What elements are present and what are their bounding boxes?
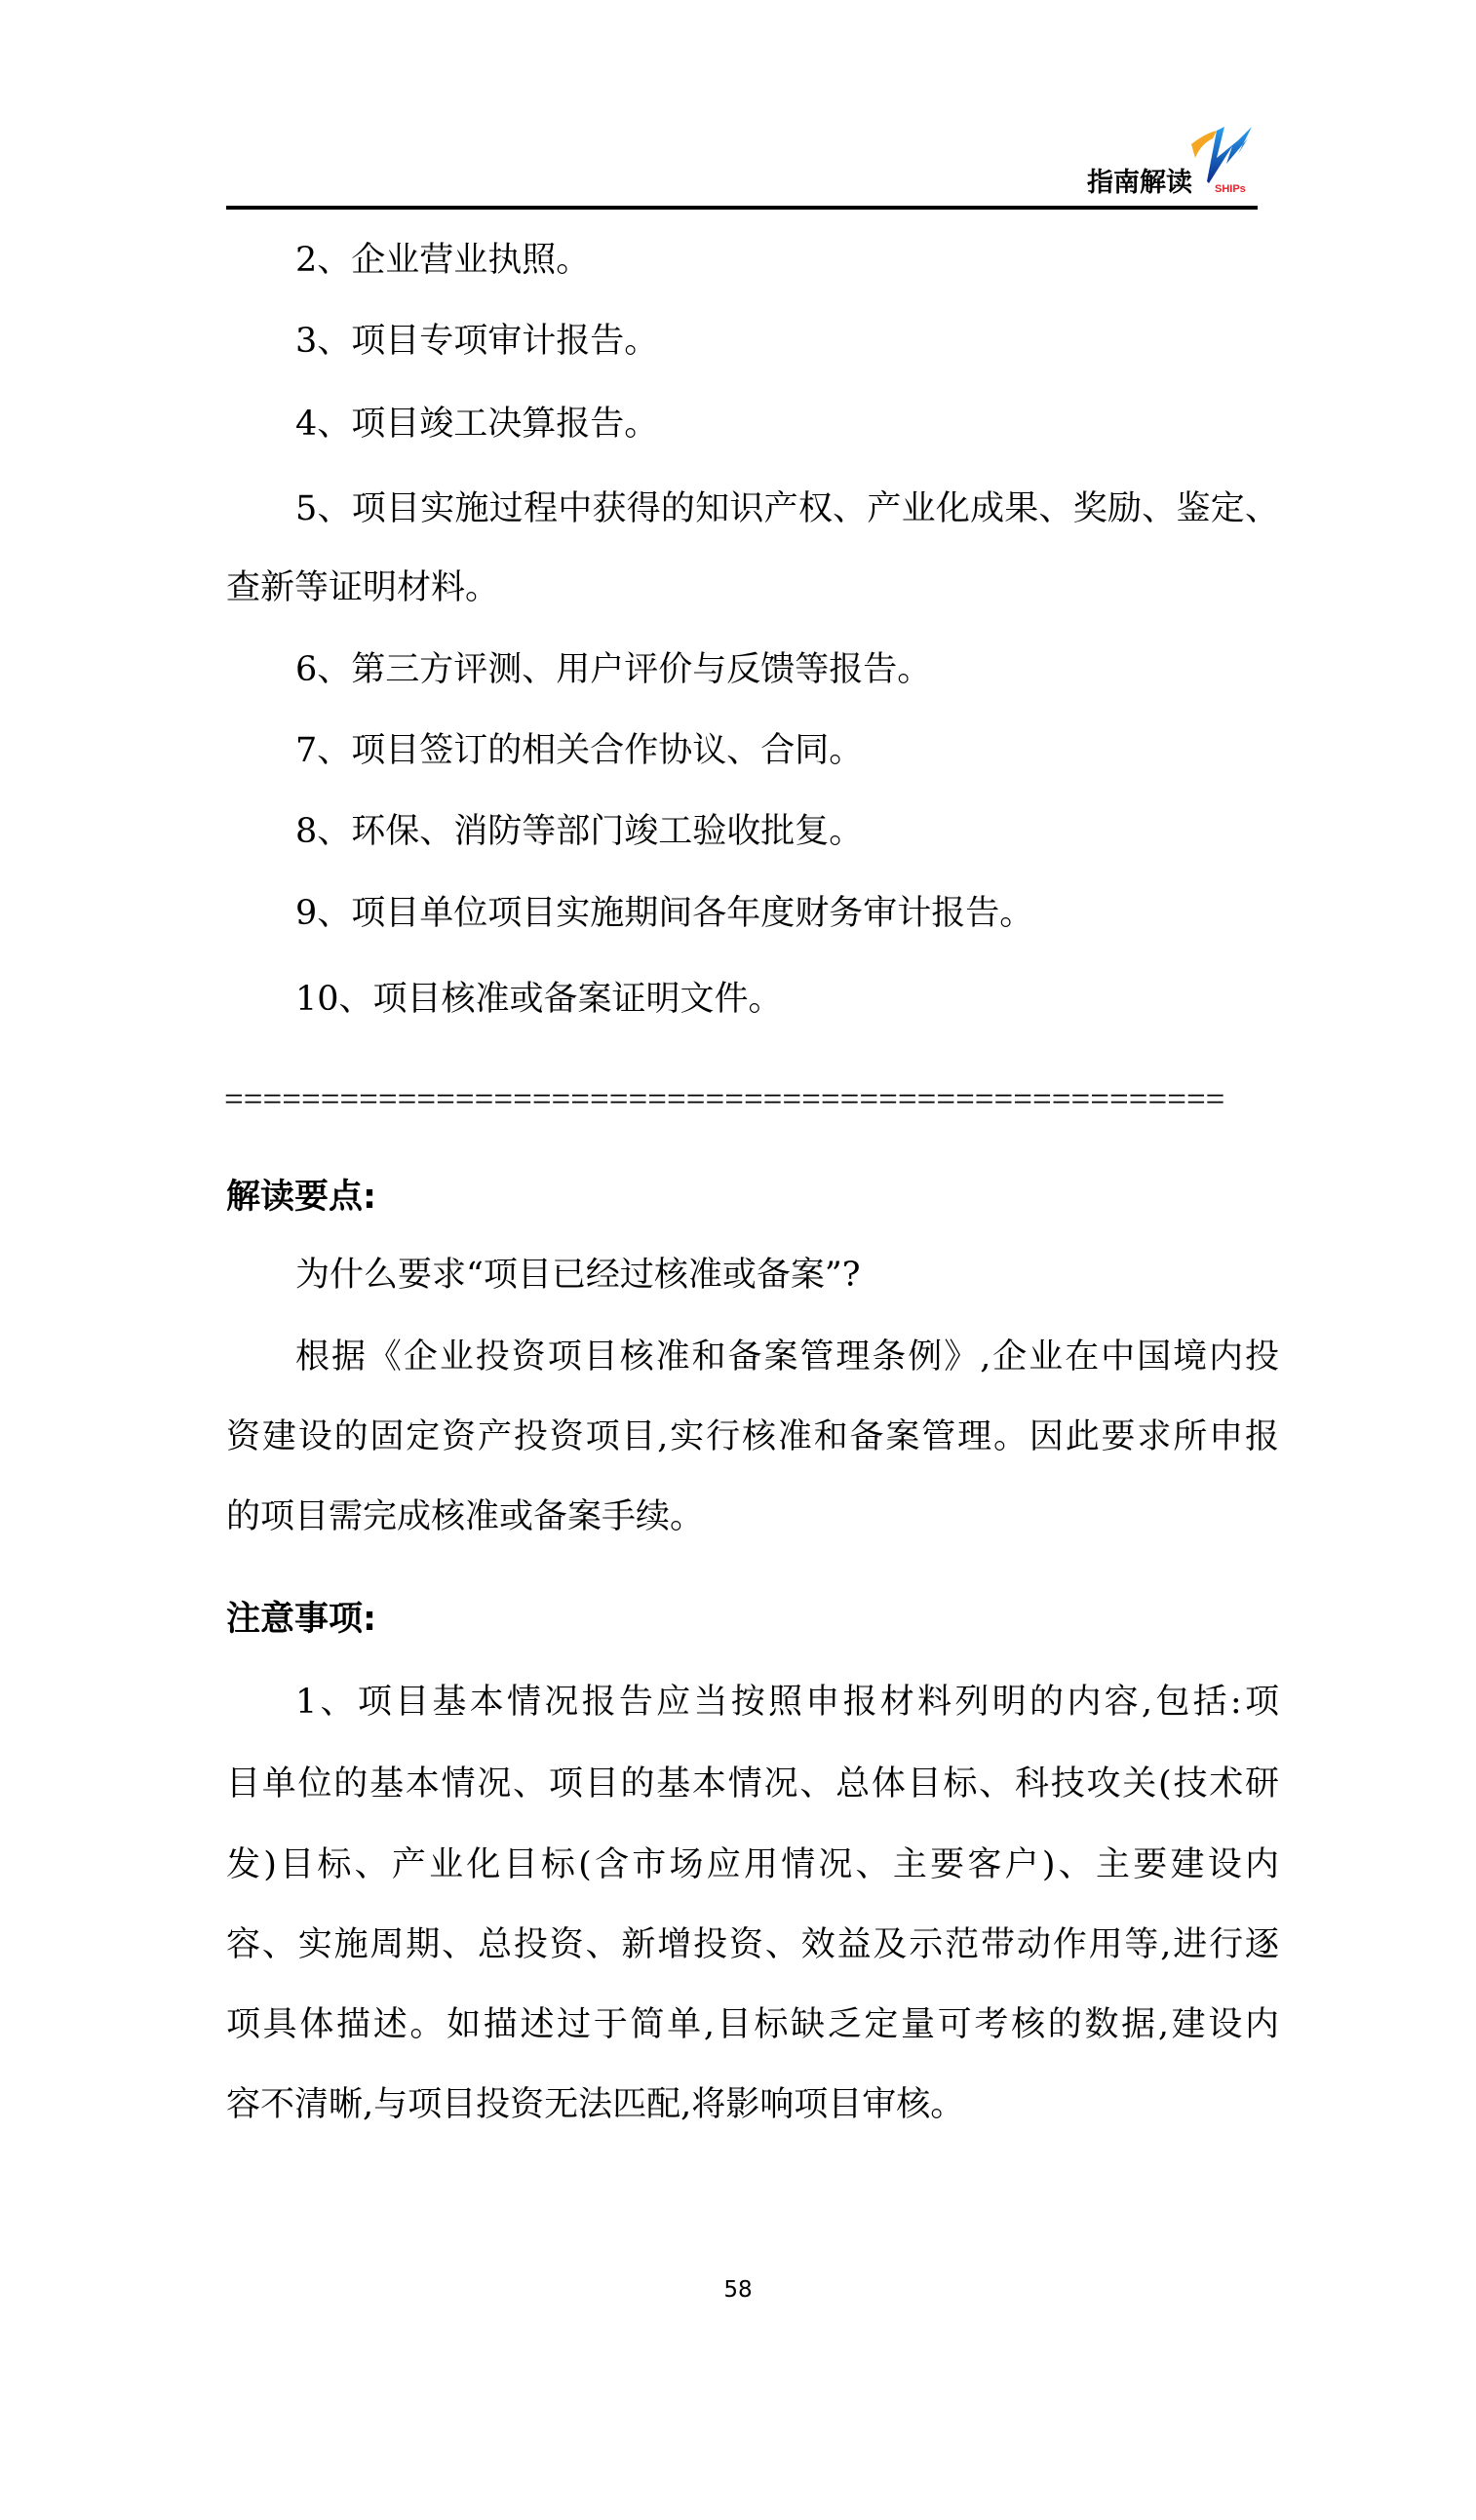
- logo-text: SHIPs: [1215, 183, 1246, 195]
- list-item-8: 8、环保、消防等部门竣工验收批复。: [295, 807, 1279, 856]
- list-item-2: 2、企业营业执照。: [295, 236, 1279, 285]
- list-item-10: 10、项目核准或备案证明文件。: [295, 975, 1279, 1024]
- ships-logo: SHIPs: [1187, 125, 1258, 201]
- notes-item1-line-3: 发)目标、产业化目标(含市场应用情况、主要客户)、主要建设内: [226, 1841, 1279, 1889]
- list-item-9: 9、项目单位项目实施期间各年度财务审计报告。: [295, 889, 1279, 938]
- notes-item1-line-1: 1、项目基本情况报告应当按照申报材料列明的内容,包括:项: [295, 1678, 1279, 1726]
- list-item-5: 5、项目实施过程中获得的知识产权、产业化成果、奖励、鉴定、: [295, 485, 1279, 533]
- document-page: 指南解读 SHIPs 2、企业营业执照。 3、项目专项审计报告。 4、项目竣工决…: [0, 0, 1476, 2520]
- list-item-5-continued: 查新等证明材料。: [226, 563, 1279, 612]
- page-number: 58: [689, 2272, 787, 2307]
- section-separator: ========================================…: [224, 1075, 1243, 1124]
- notes-item1-line-6: 容不清晰,与项目投资无法匹配,将影响项目审核。: [226, 2080, 1279, 2129]
- notes-item1-line-5: 项具体描述。如描述过于简单,目标缺乏定量可考核的数据,建设内: [226, 2000, 1279, 2049]
- interpretation-answer-line-1: 根据《企业投资项目核准和备案管理条例》,企业在中国境内投: [295, 1333, 1279, 1381]
- notes-item1-line-4: 容、实施周期、总投资、新增投资、效益及示范带动作用等,进行逐: [226, 1920, 1279, 1969]
- header-rule: [226, 206, 1258, 210]
- header-title: 指南解读: [1087, 164, 1194, 203]
- interpretation-answer-line-3: 的项目需完成核准或备案手续。: [226, 1493, 1279, 1541]
- notes-heading: 注意事项:: [226, 1595, 376, 1644]
- list-item-6: 6、第三方评测、用户评价与反馈等报告。: [295, 645, 1279, 694]
- ships-logo-icon: [1187, 125, 1258, 185]
- list-item-3: 3、项目专项审计报告。: [295, 317, 1279, 366]
- interpretation-question: 为什么要求“项目已经过核准或备案”?: [295, 1251, 1279, 1299]
- notes-item1-line-2: 目单位的基本情况、项目的基本情况、总体目标、科技攻关(技术研: [226, 1760, 1279, 1808]
- list-item-7: 7、项目签订的相关合作协议、合同。: [295, 726, 1279, 775]
- interpretation-answer-line-2: 资建设的固定资产投资项目,实行核准和备案管理。因此要求所申报: [226, 1413, 1279, 1461]
- interpretation-heading: 解读要点:: [226, 1173, 376, 1221]
- list-item-4: 4、项目竣工决算报告。: [295, 400, 1279, 448]
